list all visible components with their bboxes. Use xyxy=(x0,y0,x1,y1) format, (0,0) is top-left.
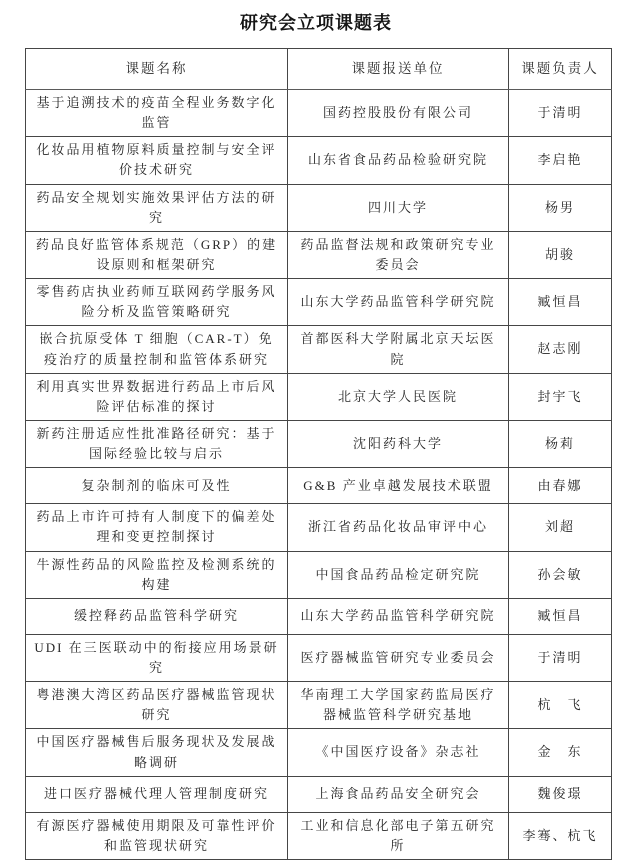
topic-cell: 缓控释药品监管科学研究 xyxy=(26,598,288,634)
leader-cell: 杨莉 xyxy=(509,420,612,467)
topic-cell: 药品上市许可持有人制度下的偏差处理和变更控制探讨 xyxy=(26,504,288,551)
header-topic-leader: 课题负责人 xyxy=(509,49,612,90)
table-row: 复杂制剂的临床可及性G&B 产业卓越发展技术联盟由春娜 xyxy=(26,468,612,504)
table-row: 缓控释药品监管科学研究山东大学药品监管科学研究院臧恒昌 xyxy=(26,598,612,634)
leader-cell: 臧恒昌 xyxy=(509,279,612,326)
leader-cell: 赵志刚 xyxy=(509,326,612,373)
unit-cell: 山东大学药品监管科学研究院 xyxy=(288,279,509,326)
topic-cell: 复杂制剂的临床可及性 xyxy=(26,468,288,504)
unit-cell: 沈阳药科大学 xyxy=(288,420,509,467)
leader-cell: 刘超 xyxy=(509,504,612,551)
topic-cell: UDI 在三医联动中的衔接应用场景研究 xyxy=(26,634,288,681)
topic-cell: 粤港澳大湾区药品医疗器械监管现状研究 xyxy=(26,682,288,729)
table-row: 药品安全规划实施效果评估方法的研究四川大学杨男 xyxy=(26,184,612,231)
header-row: 课题名称 课题报送单位 课题负责人 xyxy=(26,49,612,90)
topic-cell: 进口医疗器械代理人管理制度研究 xyxy=(26,776,288,812)
table-row: 化妆品用植物原料质量控制与安全评价技术研究山东省食品药品检验研究院李启艳 xyxy=(26,137,612,184)
leader-cell: 由春娜 xyxy=(509,468,612,504)
table-row: 新药注册适应性批准路径研究：基于国际经验比较与启示沈阳药科大学杨莉 xyxy=(26,420,612,467)
unit-cell: 华南理工大学国家药监局医疗器械监管科学研究基地 xyxy=(288,682,509,729)
leader-cell: 孙会敏 xyxy=(509,551,612,598)
unit-cell: 北京大学人民医院 xyxy=(288,373,509,420)
leader-cell: 臧恒昌 xyxy=(509,598,612,634)
topic-cell: 中国医疗器械售后服务现状及发展战略调研 xyxy=(26,729,288,776)
leader-cell: 金 东 xyxy=(509,729,612,776)
topic-cell: 药品安全规划实施效果评估方法的研究 xyxy=(26,184,288,231)
table-row: 利用真实世界数据进行药品上市后风险评估标准的探讨北京大学人民医院封宇飞 xyxy=(26,373,612,420)
topic-cell: 新药注册适应性批准路径研究：基于国际经验比较与启示 xyxy=(26,420,288,467)
table-row: 基于追溯技术的疫苗全程业务数字化监管国药控股股份有限公司于清明 xyxy=(26,90,612,137)
unit-cell: 国药控股股份有限公司 xyxy=(288,90,509,137)
page-title: 研究会立项课题表 xyxy=(0,9,632,35)
leader-cell: 李骞、杭飞 xyxy=(509,812,612,859)
leader-cell: 杭 飞 xyxy=(509,682,612,729)
table-row: 中国医疗器械售后服务现状及发展战略调研《中国医疗设备》杂志社金 东 xyxy=(26,729,612,776)
table-row: 嵌合抗原受体 T 细胞（CAR-T）免疫治疗的质量控制和监管体系研究首都医科大学… xyxy=(26,326,612,373)
topic-cell: 牛源性药品的风险监控及检测系统的构建 xyxy=(26,551,288,598)
unit-cell: 山东省食品药品检验研究院 xyxy=(288,137,509,184)
unit-cell: 药品监督法规和政策研究专业委员会 xyxy=(288,231,509,278)
leader-cell: 魏俊璟 xyxy=(509,776,612,812)
topic-cell: 化妆品用植物原料质量控制与安全评价技术研究 xyxy=(26,137,288,184)
leader-cell: 于清明 xyxy=(509,90,612,137)
topic-cell: 零售药店执业药师互联网药学服务风险分析及监管策略研究 xyxy=(26,279,288,326)
unit-cell: 四川大学 xyxy=(288,184,509,231)
document-page: 研究会立项课题表 课题名称 课题报送单位 课题负责人 基于追溯技术的疫苗全程业务… xyxy=(0,0,632,860)
table-row: 粤港澳大湾区药品医疗器械监管现状研究华南理工大学国家药监局医疗器械监管科学研究基… xyxy=(26,682,612,729)
table-row: 牛源性药品的风险监控及检测系统的构建中国食品药品检定研究院孙会敏 xyxy=(26,551,612,598)
table-row: 进口医疗器械代理人管理制度研究上海食品药品安全研究会魏俊璟 xyxy=(26,776,612,812)
leader-cell: 杨男 xyxy=(509,184,612,231)
unit-cell: 医疗器械监管研究专业委员会 xyxy=(288,634,509,681)
leader-cell: 封宇飞 xyxy=(509,373,612,420)
leader-cell: 于清明 xyxy=(509,634,612,681)
table-row: 药品良好监管体系规范（GRP）的建设原则和框架研究药品监督法规和政策研究专业委员… xyxy=(26,231,612,278)
table-row: 有源医疗器械使用期限及可靠性评价和监管现状研究工业和信息化部电子第五研究所李骞、… xyxy=(26,812,612,859)
unit-cell: G&B 产业卓越发展技术联盟 xyxy=(288,468,509,504)
leader-cell: 胡骏 xyxy=(509,231,612,278)
topic-cell: 基于追溯技术的疫苗全程业务数字化监管 xyxy=(26,90,288,137)
unit-cell: 上海食品药品安全研究会 xyxy=(288,776,509,812)
table-row: 药品上市许可持有人制度下的偏差处理和变更控制探讨浙江省药品化妆品审评中心刘超 xyxy=(26,504,612,551)
table-body: 基于追溯技术的疫苗全程业务数字化监管国药控股股份有限公司于清明化妆品用植物原料质… xyxy=(26,90,612,860)
unit-cell: 山东大学药品监管科学研究院 xyxy=(288,598,509,634)
unit-cell: 中国食品药品检定研究院 xyxy=(288,551,509,598)
topics-table: 课题名称 课题报送单位 课题负责人 基于追溯技术的疫苗全程业务数字化监管国药控股… xyxy=(25,48,612,860)
unit-cell: 首都医科大学附属北京天坛医院 xyxy=(288,326,509,373)
topic-cell: 有源医疗器械使用期限及可靠性评价和监管现状研究 xyxy=(26,812,288,859)
leader-cell: 李启艳 xyxy=(509,137,612,184)
unit-cell: 浙江省药品化妆品审评中心 xyxy=(288,504,509,551)
topic-cell: 利用真实世界数据进行药品上市后风险评估标准的探讨 xyxy=(26,373,288,420)
unit-cell: 工业和信息化部电子第五研究所 xyxy=(288,812,509,859)
table-row: 零售药店执业药师互联网药学服务风险分析及监管策略研究山东大学药品监管科学研究院臧… xyxy=(26,279,612,326)
topic-cell: 药品良好监管体系规范（GRP）的建设原则和框架研究 xyxy=(26,231,288,278)
header-submitting-unit: 课题报送单位 xyxy=(288,49,509,90)
header-topic-name: 课题名称 xyxy=(26,49,288,90)
table-row: UDI 在三医联动中的衔接应用场景研究医疗器械监管研究专业委员会于清明 xyxy=(26,634,612,681)
unit-cell: 《中国医疗设备》杂志社 xyxy=(288,729,509,776)
topic-cell: 嵌合抗原受体 T 细胞（CAR-T）免疫治疗的质量控制和监管体系研究 xyxy=(26,326,288,373)
